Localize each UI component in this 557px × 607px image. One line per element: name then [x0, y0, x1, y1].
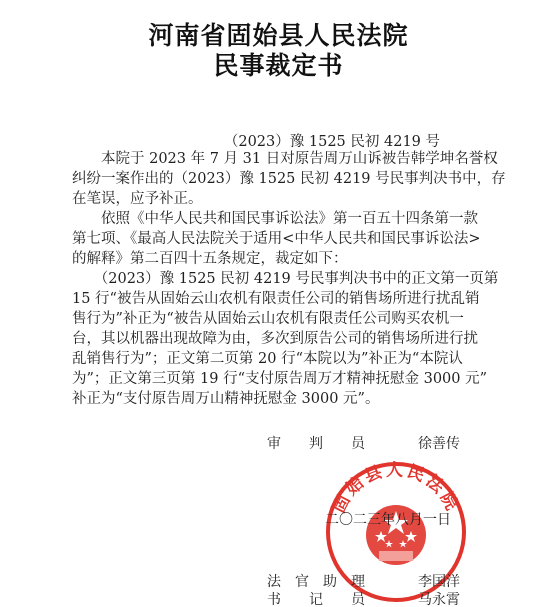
judge-name: 徐善传 — [418, 433, 460, 453]
case-number: （2023）豫 1525 民初 4219 号 — [224, 130, 440, 151]
text-line: 乱销售行为”；正文第二页第 20 行“本院以为”补正为“本院认 — [72, 349, 492, 369]
text-line: 依照《中华人民共和国民事诉讼法》第一百五十四条第一款 — [72, 209, 492, 229]
document-type-title: 民事裁定书 — [0, 46, 557, 82]
text-line: 在笔误，应予补正。 — [72, 189, 492, 209]
text-line: 补正为“支付原告周万山精神抚慰金 3000 元”。 — [72, 389, 492, 409]
text-line: 本院于 2023 年 7 月 31 日对原告周万山诉被告韩学坤名誉权 — [72, 149, 492, 169]
text-line: 15 行“被告从固始云山农机有限责任公司的销售场所进行扰乱销 — [72, 289, 492, 309]
clerk-role: 书 记 员 — [267, 589, 365, 607]
text-line: （2023）豫 1525 民初 4219 号民事判决书中的正文第一页第 — [72, 269, 492, 289]
paragraph-2: 依照《中华人民共和国民事诉讼法》第一百五十四条第一款 第七项、《最高人民法院关于… — [72, 209, 492, 269]
paragraph-1: 本院于 2023 年 7 月 31 日对原告周万山诉被告韩学坤名誉权 纠纷一案作… — [72, 149, 492, 209]
text-line: 售行为”补正为“被告从固始云山农机有限责任公司购买农机一 — [72, 309, 492, 329]
assistant-role: 法 官 助 理 — [267, 571, 365, 591]
clerk-name: 马永霄 — [418, 589, 460, 607]
text-line: 为”；正文第三页第 19 行“支付原告周万才精神抚慰金 3000 元” — [72, 369, 492, 389]
text-line: 第七项、《最高人民法院关于适用<中华人民共和国民事诉讼法> — [72, 229, 492, 249]
paragraph-3: （2023）豫 1525 民初 4219 号民事判决书中的正文第一页第 15 行… — [72, 269, 492, 409]
text-line: 纠纷一案作出的（2023）豫 1525 民初 4219 号民事判决书中，存 — [72, 169, 492, 189]
assistant-name: 李国洋 — [418, 571, 460, 591]
text-line: 台，其以机器出现故障为由，多次到原告公司的销售场所进行扰 — [72, 329, 492, 349]
text-line: 的解释》第二百四十五条规定，裁定如下： — [72, 249, 492, 269]
ruling-date: 二〇二三年八月一日 — [325, 509, 451, 529]
judge-role: 审 判 员 — [267, 433, 365, 453]
